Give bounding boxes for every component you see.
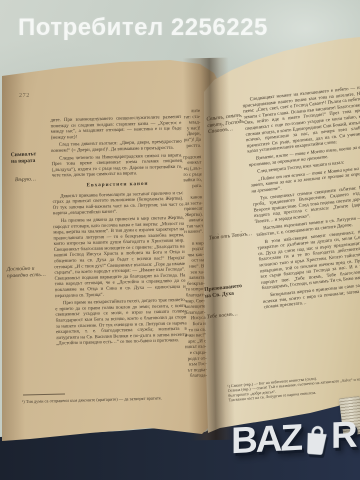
logo-text-right: R xyxy=(331,416,356,454)
paragraph: Следващият момент на възношението е небе… xyxy=(242,84,360,154)
watermark-user: Потребител 2256225 xyxy=(18,14,268,42)
margin-note-text: Призоваването на Св. Духа xyxy=(204,283,243,300)
logo-text-left: BAZ xyxy=(231,419,301,460)
margin-note-creed-quote: Вѣрую… xyxy=(15,175,53,188)
page-number-text: 272 xyxy=(19,92,30,99)
margin-note-text: Вѣрую… xyxy=(15,176,36,183)
left-page-body: дите. При взаимоцелуването свещенослужит… xyxy=(50,108,189,403)
paragraph: На призива на дякона да принесем в мир с… xyxy=(53,214,186,298)
paragraph: След това дяконът възглася: „Двери, двер… xyxy=(51,139,182,154)
photo-open-book: 272 Символът на вярата Вѣрую… Достойно и… xyxy=(0,0,360,480)
margin-note-text: Символът на вярата xyxy=(11,151,37,165)
left-page-text-column: дите. При взаимоцелуването свещенослужит… xyxy=(50,108,187,346)
paragraph: дите. При взаимоцелуването свещенослужит… xyxy=(50,114,181,140)
left-page-number: 272 xyxy=(19,92,37,103)
paragraph: Дяконът приканва богомолците да застанат… xyxy=(52,190,183,216)
paragraph: В този най-свещен момент свещеникът, про… xyxy=(257,227,360,291)
watermark-bazar-logo: BAZR xyxy=(231,416,356,460)
section-heading: Евхаристиен канон xyxy=(52,180,183,189)
margin-note-text: Достойно и праведно есть… xyxy=(7,265,46,279)
paragraph: Следва четенето на Никеоцариградския сим… xyxy=(51,152,182,178)
shopping-bag-icon xyxy=(301,423,332,457)
paragraph: През време на евхаристийната песен, догд… xyxy=(55,297,187,346)
margin-note-text: Свѣтъ, свѣтъ, свѣтъ, Госпо́дь Савао́ѳъ… xyxy=(206,112,245,135)
